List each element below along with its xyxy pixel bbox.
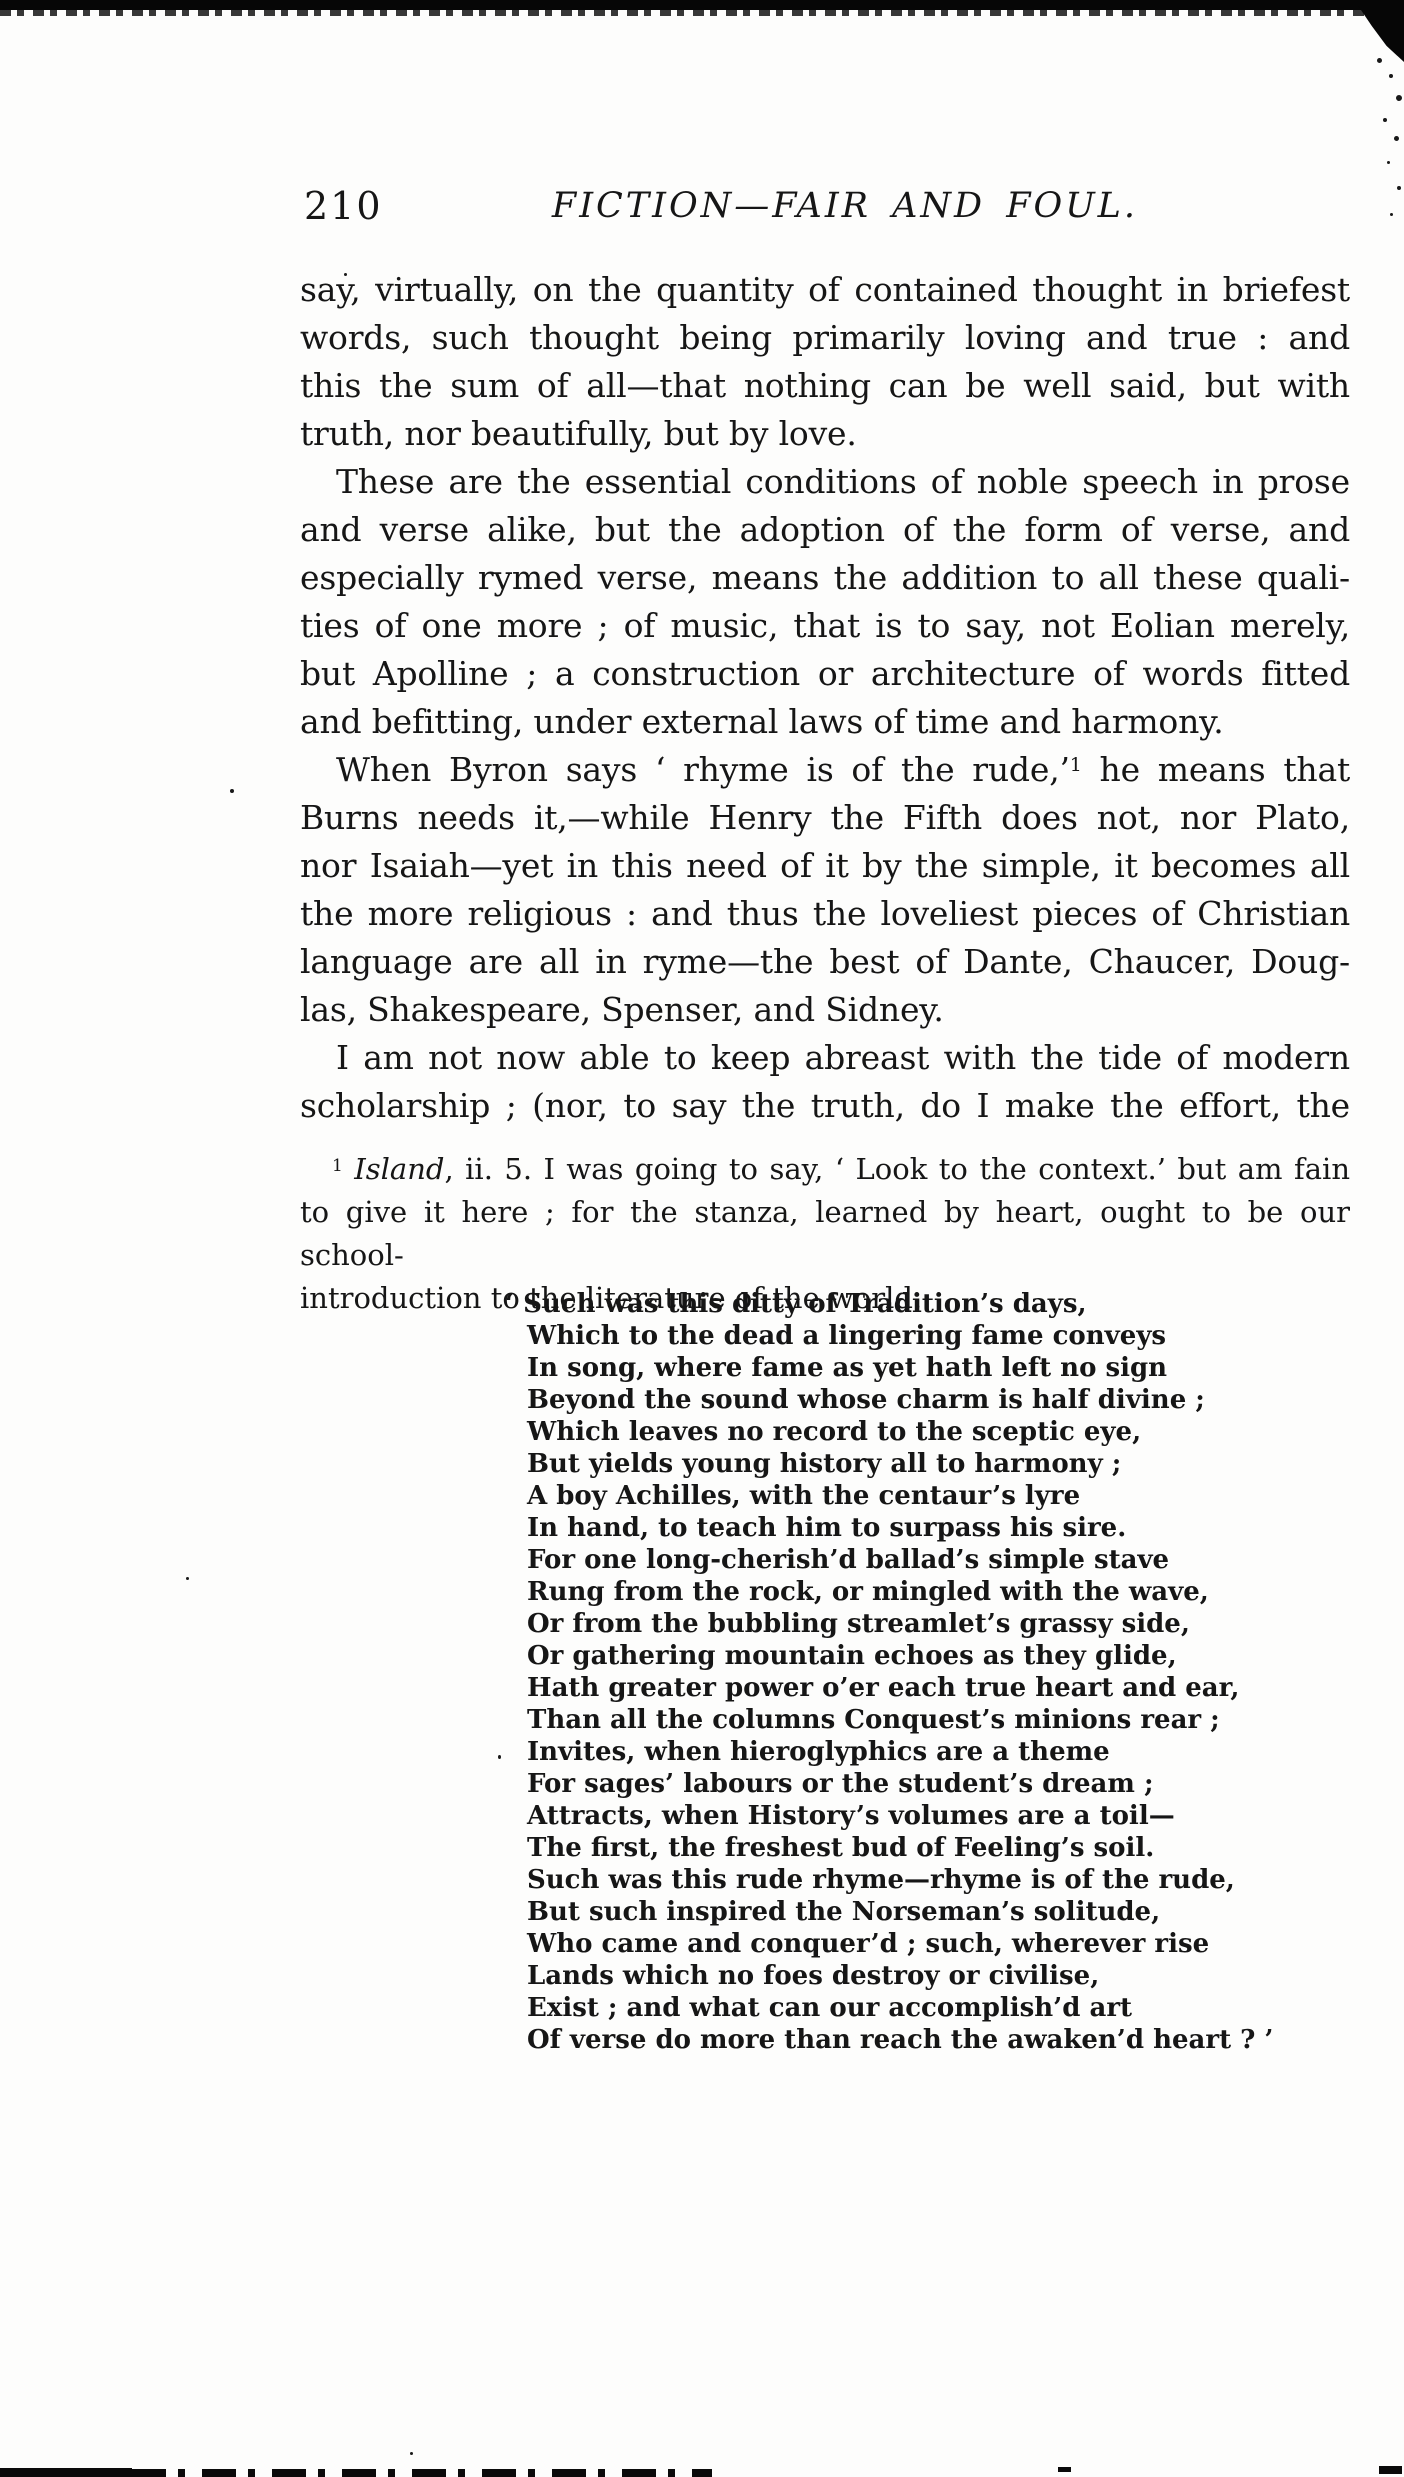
text-line: language are all in ryme—the best of Dan… xyxy=(300,938,1350,986)
verse-line: Than all the columns Conquest’s minions … xyxy=(505,1704,1273,1736)
verse-line: Or gathering mountain echoes as they gli… xyxy=(505,1640,1273,1672)
paragraph-3: When Byron says ‘ rhyme is of the rude,’… xyxy=(300,746,1350,1034)
verse-line: Of verse do more than reach the awaken’d… xyxy=(505,2024,1273,2056)
verse-quotation: ‘ Such was this ditty of Tradition’s day… xyxy=(505,1288,1273,2056)
text-segment: When Byron says ‘ rhyme is of the rude,’ xyxy=(336,750,1070,789)
scan-speckle xyxy=(1377,58,1382,63)
verse-line: But such inspired the Norseman’s solitud… xyxy=(505,1896,1273,1928)
text-line: the more religious : and thus the loveli… xyxy=(300,890,1350,938)
text-line: Burns needs it,—while Henry the Fifth do… xyxy=(300,794,1350,842)
text-line: this the sum of all—that nothing can be … xyxy=(300,362,1350,410)
footnote-source-title: Island xyxy=(354,1152,444,1186)
verse-line: Exist ; and what can our accomplish’d ar… xyxy=(505,1992,1273,2024)
scan-speckle xyxy=(230,789,234,793)
text-line: These are the essential conditions of no… xyxy=(300,458,1350,506)
scan-artifact-top-edge xyxy=(0,0,1404,10)
text-line: say, virtually, on the quantity of conta… xyxy=(300,266,1350,314)
text-line: especially rymed verse, means the additi… xyxy=(300,554,1350,602)
verse-line: Such was this rude rhyme—rhyme is of the… xyxy=(505,1864,1273,1896)
scan-artifact-bottom-mark xyxy=(1058,2467,1071,2472)
body-text: say, virtually, on the quantity of conta… xyxy=(300,266,1350,1130)
paragraph-1: say, virtually, on the quantity of conta… xyxy=(300,266,1350,458)
scan-speckle xyxy=(1387,161,1390,164)
scan-speckle xyxy=(1394,136,1399,141)
verse-line: A boy Achilles, with the centaur’s lyre xyxy=(505,1480,1273,1512)
text-line: and befitting, under external laws of ti… xyxy=(300,698,1350,746)
footnote-line: to give it here ; for the stanza, learne… xyxy=(300,1191,1350,1277)
footnote-line: 1 Island, ii. 5. I was going to say, ‘ L… xyxy=(300,1148,1350,1191)
text-line: When Byron says ‘ rhyme is of the rude,’… xyxy=(300,746,1350,794)
footnote-marker: 1 xyxy=(332,1156,343,1176)
paragraph-4: I am not now able to keep abreast with t… xyxy=(300,1034,1350,1130)
scan-speckle xyxy=(1389,74,1393,78)
text-line: I am not now able to keep abreast with t… xyxy=(300,1034,1350,1082)
text-line: scholarship ; (nor, to say the truth, do… xyxy=(300,1082,1350,1130)
scan-speckle xyxy=(186,1577,189,1580)
text-line: las, Shakespeare, Spenser, and Sidney. xyxy=(300,986,1350,1034)
verse-line: Rung from the rock, or mingled with the … xyxy=(505,1576,1273,1608)
scan-artifact-bottom-right-mark xyxy=(1379,2466,1402,2474)
scan-speckle xyxy=(1396,95,1402,101)
scan-artifact-bottom-dashes xyxy=(132,2469,712,2477)
scan-artifact-top-right-corner xyxy=(1358,0,1404,62)
verse-line: But yields young history all to harmony … xyxy=(505,1448,1273,1480)
verse-line: For one long-cherish’d ballad’s simple s… xyxy=(505,1544,1273,1576)
text-line: nor Isaiah—yet in this need of it by the… xyxy=(300,842,1350,890)
text-segment: , ii. 5. I was going to say, ‘ Look to t… xyxy=(444,1152,1350,1186)
text-line: but Apolline ; a construction or archite… xyxy=(300,650,1350,698)
verse-line: Or from the bubbling streamlet’s grassy … xyxy=(505,1608,1273,1640)
verse-line: Invites, when hieroglyphics are a theme xyxy=(505,1736,1273,1768)
text-segment: he means that xyxy=(1082,750,1350,789)
verse-line: Beyond the sound whose charm is half div… xyxy=(505,1384,1273,1416)
verse-line: The first, the freshest bud of Feeling’s… xyxy=(505,1832,1273,1864)
verse-line: For sages’ labours or the student’s drea… xyxy=(505,1768,1273,1800)
running-header: 210 FICTION—FAIR AND FOUL. xyxy=(300,184,1350,236)
scan-speckle xyxy=(410,2452,413,2455)
verse-line: ‘ Such was this ditty of Tradition’s day… xyxy=(505,1288,1273,1320)
scan-speckle xyxy=(498,1755,501,1759)
text-line: ties of one more ; of music, that is to … xyxy=(300,602,1350,650)
running-title: FICTION—FAIR AND FOUL. xyxy=(552,186,1138,226)
verse-line: Hath greater power o’er each true heart … xyxy=(505,1672,1273,1704)
verse-line: Who came and conquer’d ; such, wherever … xyxy=(505,1928,1273,1960)
text-line: and verse alike, but the adoption of the… xyxy=(300,506,1350,554)
verse-line: In hand, to teach him to surpass his sir… xyxy=(505,1512,1273,1544)
footnote-reference: 1 xyxy=(1070,754,1082,776)
verse-line: Lands which no foes destroy or civilise, xyxy=(505,1960,1273,1992)
scanned-book-page: 210 FICTION—FAIR AND FOUL. say, virtuall… xyxy=(0,0,1404,2477)
verse-line: In song, where fame as yet hath left no … xyxy=(505,1352,1273,1384)
scan-speckle xyxy=(1397,186,1401,190)
scan-artifact-bottom-edge xyxy=(0,2468,132,2477)
verse-line: Which leaves no record to the sceptic ey… xyxy=(505,1416,1273,1448)
scan-speckle xyxy=(1390,213,1393,216)
text-line: truth, nor beautifully, but by love. xyxy=(300,410,1350,458)
paragraph-2: These are the essential conditions of no… xyxy=(300,458,1350,746)
verse-line: Which to the dead a lingering fame conve… xyxy=(505,1320,1273,1352)
verse-line: Attracts, when History’s volumes are a t… xyxy=(505,1800,1273,1832)
running-title-wrap: FICTION—FAIR AND FOUL. xyxy=(300,186,1350,226)
text-line: words, such thought being primarily lovi… xyxy=(300,314,1350,362)
scan-speckle xyxy=(1383,118,1387,122)
